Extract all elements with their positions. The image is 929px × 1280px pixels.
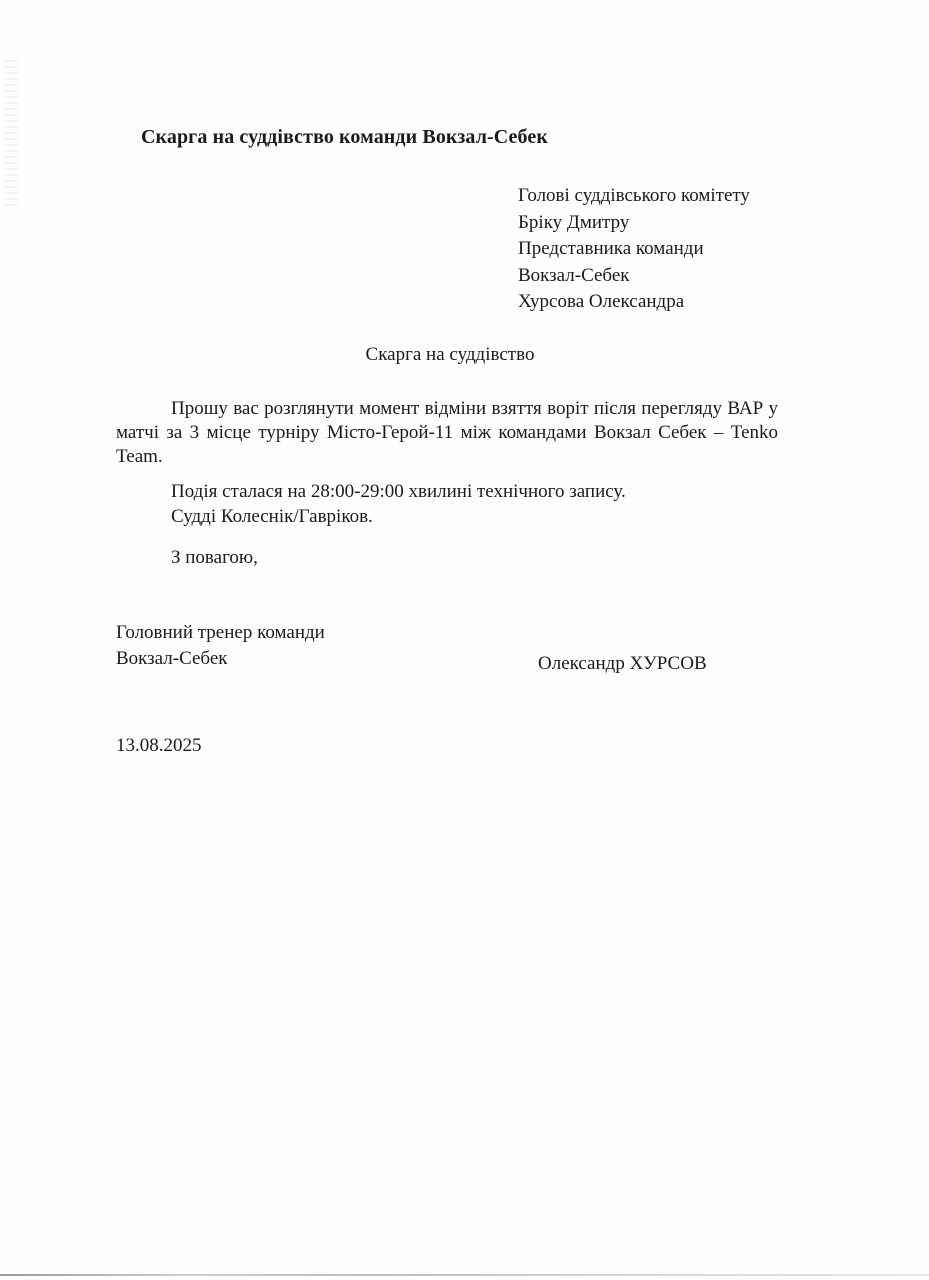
- addressee-line: Голові суддівського комітету: [518, 183, 750, 210]
- closing-line: З повагою,: [171, 547, 258, 569]
- referees-line: Судді Колеснік/Гавріков.: [171, 506, 373, 528]
- scan-artifact-left-edge: [4, 60, 18, 210]
- scanned-document-page: Скарга на суддівство команди Вокзал-Себе…: [0, 0, 929, 1280]
- signer-position-line: Вокзал-Себек: [116, 646, 325, 672]
- event-time-line: Подія сталася на 28:00-29:00 хвилині тех…: [171, 481, 626, 503]
- addressee-line: Хурсова Олександра: [518, 289, 750, 316]
- addressee-line: Бріку Дмитру: [518, 210, 750, 237]
- addressee-line: Представника команди: [518, 236, 750, 263]
- document-title: Скарга на суддівство: [0, 344, 900, 366]
- addressee-line: Вокзал-Себек: [518, 263, 750, 290]
- complaint-paragraph: Прошу вас розглянути момент відміни взят…: [116, 397, 778, 469]
- signer-position-line: Головний тренер команди: [116, 620, 325, 646]
- document-date: 13.08.2025: [116, 735, 202, 757]
- complaint-body: Прошу вас розглянути момент відміни взят…: [116, 397, 778, 469]
- signer-position-block: Головний тренер команди Вокзал-Себек: [116, 620, 325, 672]
- signer-name: Олександр ХУРСОВ: [538, 653, 707, 675]
- scan-artifact-bottom-edge: [0, 1274, 929, 1276]
- document-heading: Скарга на суддівство команди Вокзал-Себе…: [141, 126, 548, 149]
- addressee-block: Голові суддівського комітету Бріку Дмитр…: [518, 183, 750, 316]
